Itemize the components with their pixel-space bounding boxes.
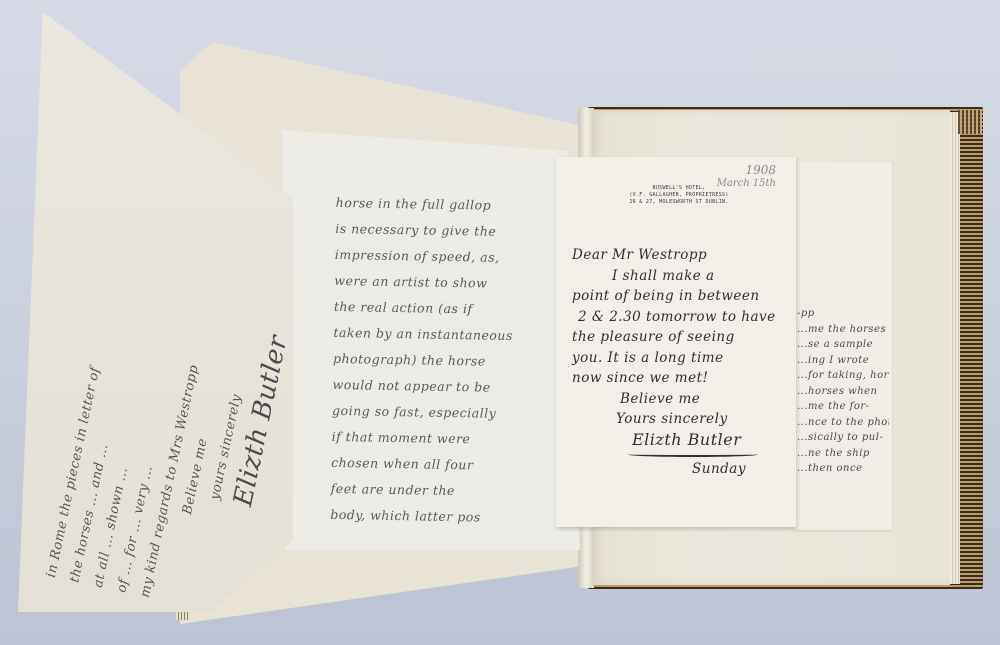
back-letter-line: ...ing I wrote [797,353,889,369]
letter-line: the pleasure of seeing [572,327,787,348]
hotel-letter-body: Dear Mr Westropp I shall make a point of… [572,245,787,480]
letter-line: 2 & 2.30 tomorrow to have [572,307,787,328]
hotel-letter: 1908 March 15th BUSWELL'S HOTEL, (V.F. G… [556,157,796,527]
hotel-letterhead: BUSWELL'S HOTEL, (V.F. GALLAGHER, PROPRI… [604,185,754,206]
letter-closing: Yours sincerely [572,409,787,430]
album-right-page-edges [950,112,960,584]
signature-flourish [628,452,758,457]
back-letter-line: -pp [797,306,889,322]
letter-line: now since we met! [572,368,787,389]
middle-letter-text: horse in the full gallop is necessary to… [330,190,576,532]
back-letter-line: ...sically to pul- [797,430,889,446]
back-letter-line: ...horses when [797,384,889,400]
letter-signature: Elizth Butler [572,430,787,451]
letter-line: you. It is a long time [572,348,787,369]
back-letter-line: ...nce to the photo- [797,415,889,431]
letterhead-hotel-name: BUSWELL'S HOTEL, [604,185,754,192]
back-letter-line: ...ne the ship [797,446,889,462]
pencil-year: 1908 [717,163,776,177]
letterhead-address: 26 & 27, MOLESWORTH ST DUBLIN. [604,199,754,206]
back-letter-line: ...me the for- [797,399,889,415]
back-letter-text: -pp ...me the horses ...se a sample ...i… [797,306,889,477]
letter-line: point of being in between [572,286,787,307]
letter-day: Sunday [572,459,787,480]
letter-salutation: Dear Mr Westropp [572,245,787,266]
back-letter-line: ...me the horses [797,322,889,338]
letter-closing: Believe me [572,389,787,410]
middle-letter-line: body, which latter pos [330,502,570,532]
back-letter-line: ...then once [797,461,889,477]
album-cover-corner [958,110,982,134]
letterhead-proprietor: (V.F. GALLAGHER, PROPRIETRESS) [604,192,754,199]
letter-line: I shall make a [572,266,787,287]
back-letter-line: ...for taking, hor- [797,368,889,384]
back-letter-line: ...se a sample [797,337,889,353]
